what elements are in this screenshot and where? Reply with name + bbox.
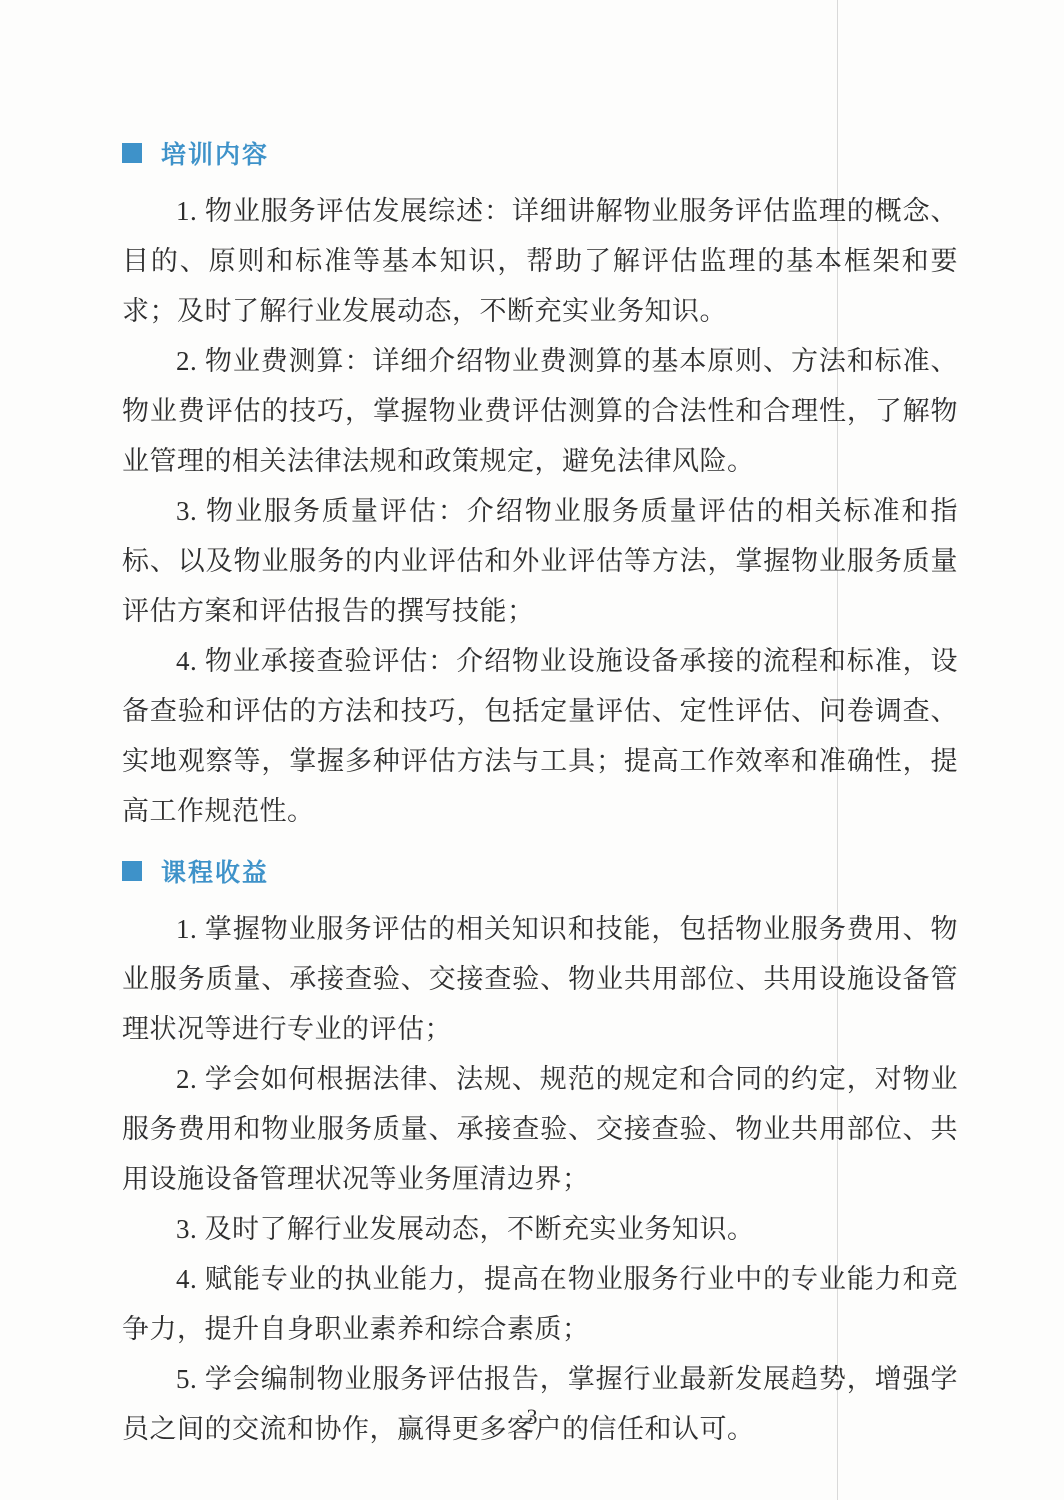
blue-square-bullet-icon (122, 861, 142, 881)
page-number: 3 (0, 1403, 1064, 1431)
paragraph: 4. 赋能专业的执业能力，提高在物业服务行业中的专业能力和竞争力，提升自身职业素… (122, 1254, 958, 1354)
paragraph: 1. 掌握物业服务评估的相关知识和技能，包括物业服务费用、物业服务质量、承接查验… (122, 904, 958, 1054)
section-title: 课程收益 (161, 853, 269, 889)
paragraph: 2. 物业费测算：详细介绍物业费测算的基本原则、方法和标准、物业费评估的技巧，掌… (122, 336, 958, 486)
paragraph: 4. 物业承接查验评估：介绍物业设施设备承接的流程和标准，设备查验和评估的方法和… (122, 636, 958, 836)
paragraph: 1. 物业服务评估发展综述：详细讲解物业服务评估监理的概念、目的、原则和标准等基… (122, 186, 958, 336)
page-content: 培训内容 1. 物业服务评估发展综述：详细讲解物业服务评估监理的概念、目的、原则… (122, 136, 958, 1454)
section-title: 培训内容 (161, 135, 269, 171)
document-page: 培训内容 1. 物业服务评估发展综述：详细讲解物业服务评估监理的概念、目的、原则… (0, 0, 1064, 1500)
paragraph: 3. 物业服务质量评估：介绍物业服务质量评估的相关标准和指标、以及物业服务的内业… (122, 486, 958, 636)
paragraph: 3. 及时了解行业发展动态，不断充实业务知识。 (122, 1204, 958, 1254)
section-training-content: 培训内容 1. 物业服务评估发展综述：详细讲解物业服务评估监理的概念、目的、原则… (122, 136, 958, 836)
section-header: 培训内容 (122, 136, 958, 170)
blue-square-bullet-icon (122, 143, 142, 163)
section-course-benefits: 课程收益 1. 掌握物业服务评估的相关知识和技能，包括物业服务费用、物业服务质量… (122, 854, 958, 1454)
section-header: 课程收益 (122, 854, 958, 888)
paragraph: 2. 学会如何根据法律、法规、规范的规定和合同的约定，对物业服务费用和物业服务质… (122, 1054, 958, 1204)
